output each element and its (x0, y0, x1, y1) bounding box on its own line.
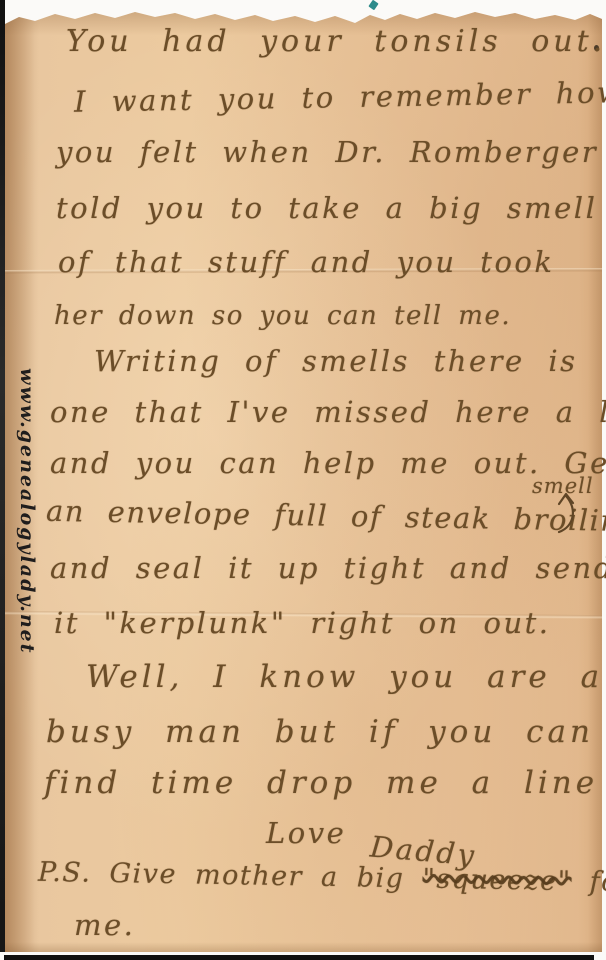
watermark-text: www.genealogylady.net (16, 368, 38, 628)
letter-line: and seal it up tight and send (50, 551, 606, 585)
scan-edge-left (0, 0, 5, 944)
letter-line: it "kerplunk" right on out. (54, 606, 551, 640)
postscript-text: for (571, 866, 606, 898)
letter-line: her down so you can tell me. (54, 301, 511, 331)
letter-line: and you can help me out. Get (50, 446, 606, 480)
letter-line: You had your tonsils out. (66, 24, 606, 59)
letter-line: busy man but if you can (46, 714, 594, 750)
teal-speck (368, 0, 378, 10)
scribbled-word: "squeeze" (422, 864, 572, 898)
letter-line: you felt when Dr. Romberger (56, 135, 598, 169)
valediction: Love (266, 816, 346, 850)
postscript-line: me. (74, 908, 135, 942)
letter-line: told you to take a big smell (56, 191, 597, 225)
letter-line: of that stuff and you took (58, 245, 554, 279)
scan-edge-bottom (4, 955, 594, 960)
scanned-letter-page: www.genealogylady.net You had your tonsi… (0, 0, 606, 960)
letter-line: one that I've missed here a lot (50, 395, 606, 429)
letter-line: find time drop me a line (44, 765, 598, 801)
paper-bottom-shadow (5, 942, 602, 952)
letter-line: Well, I know you are a (86, 659, 603, 695)
letter-line: Writing of smells there is (94, 344, 578, 378)
insertion-arrow-icon (553, 490, 581, 534)
